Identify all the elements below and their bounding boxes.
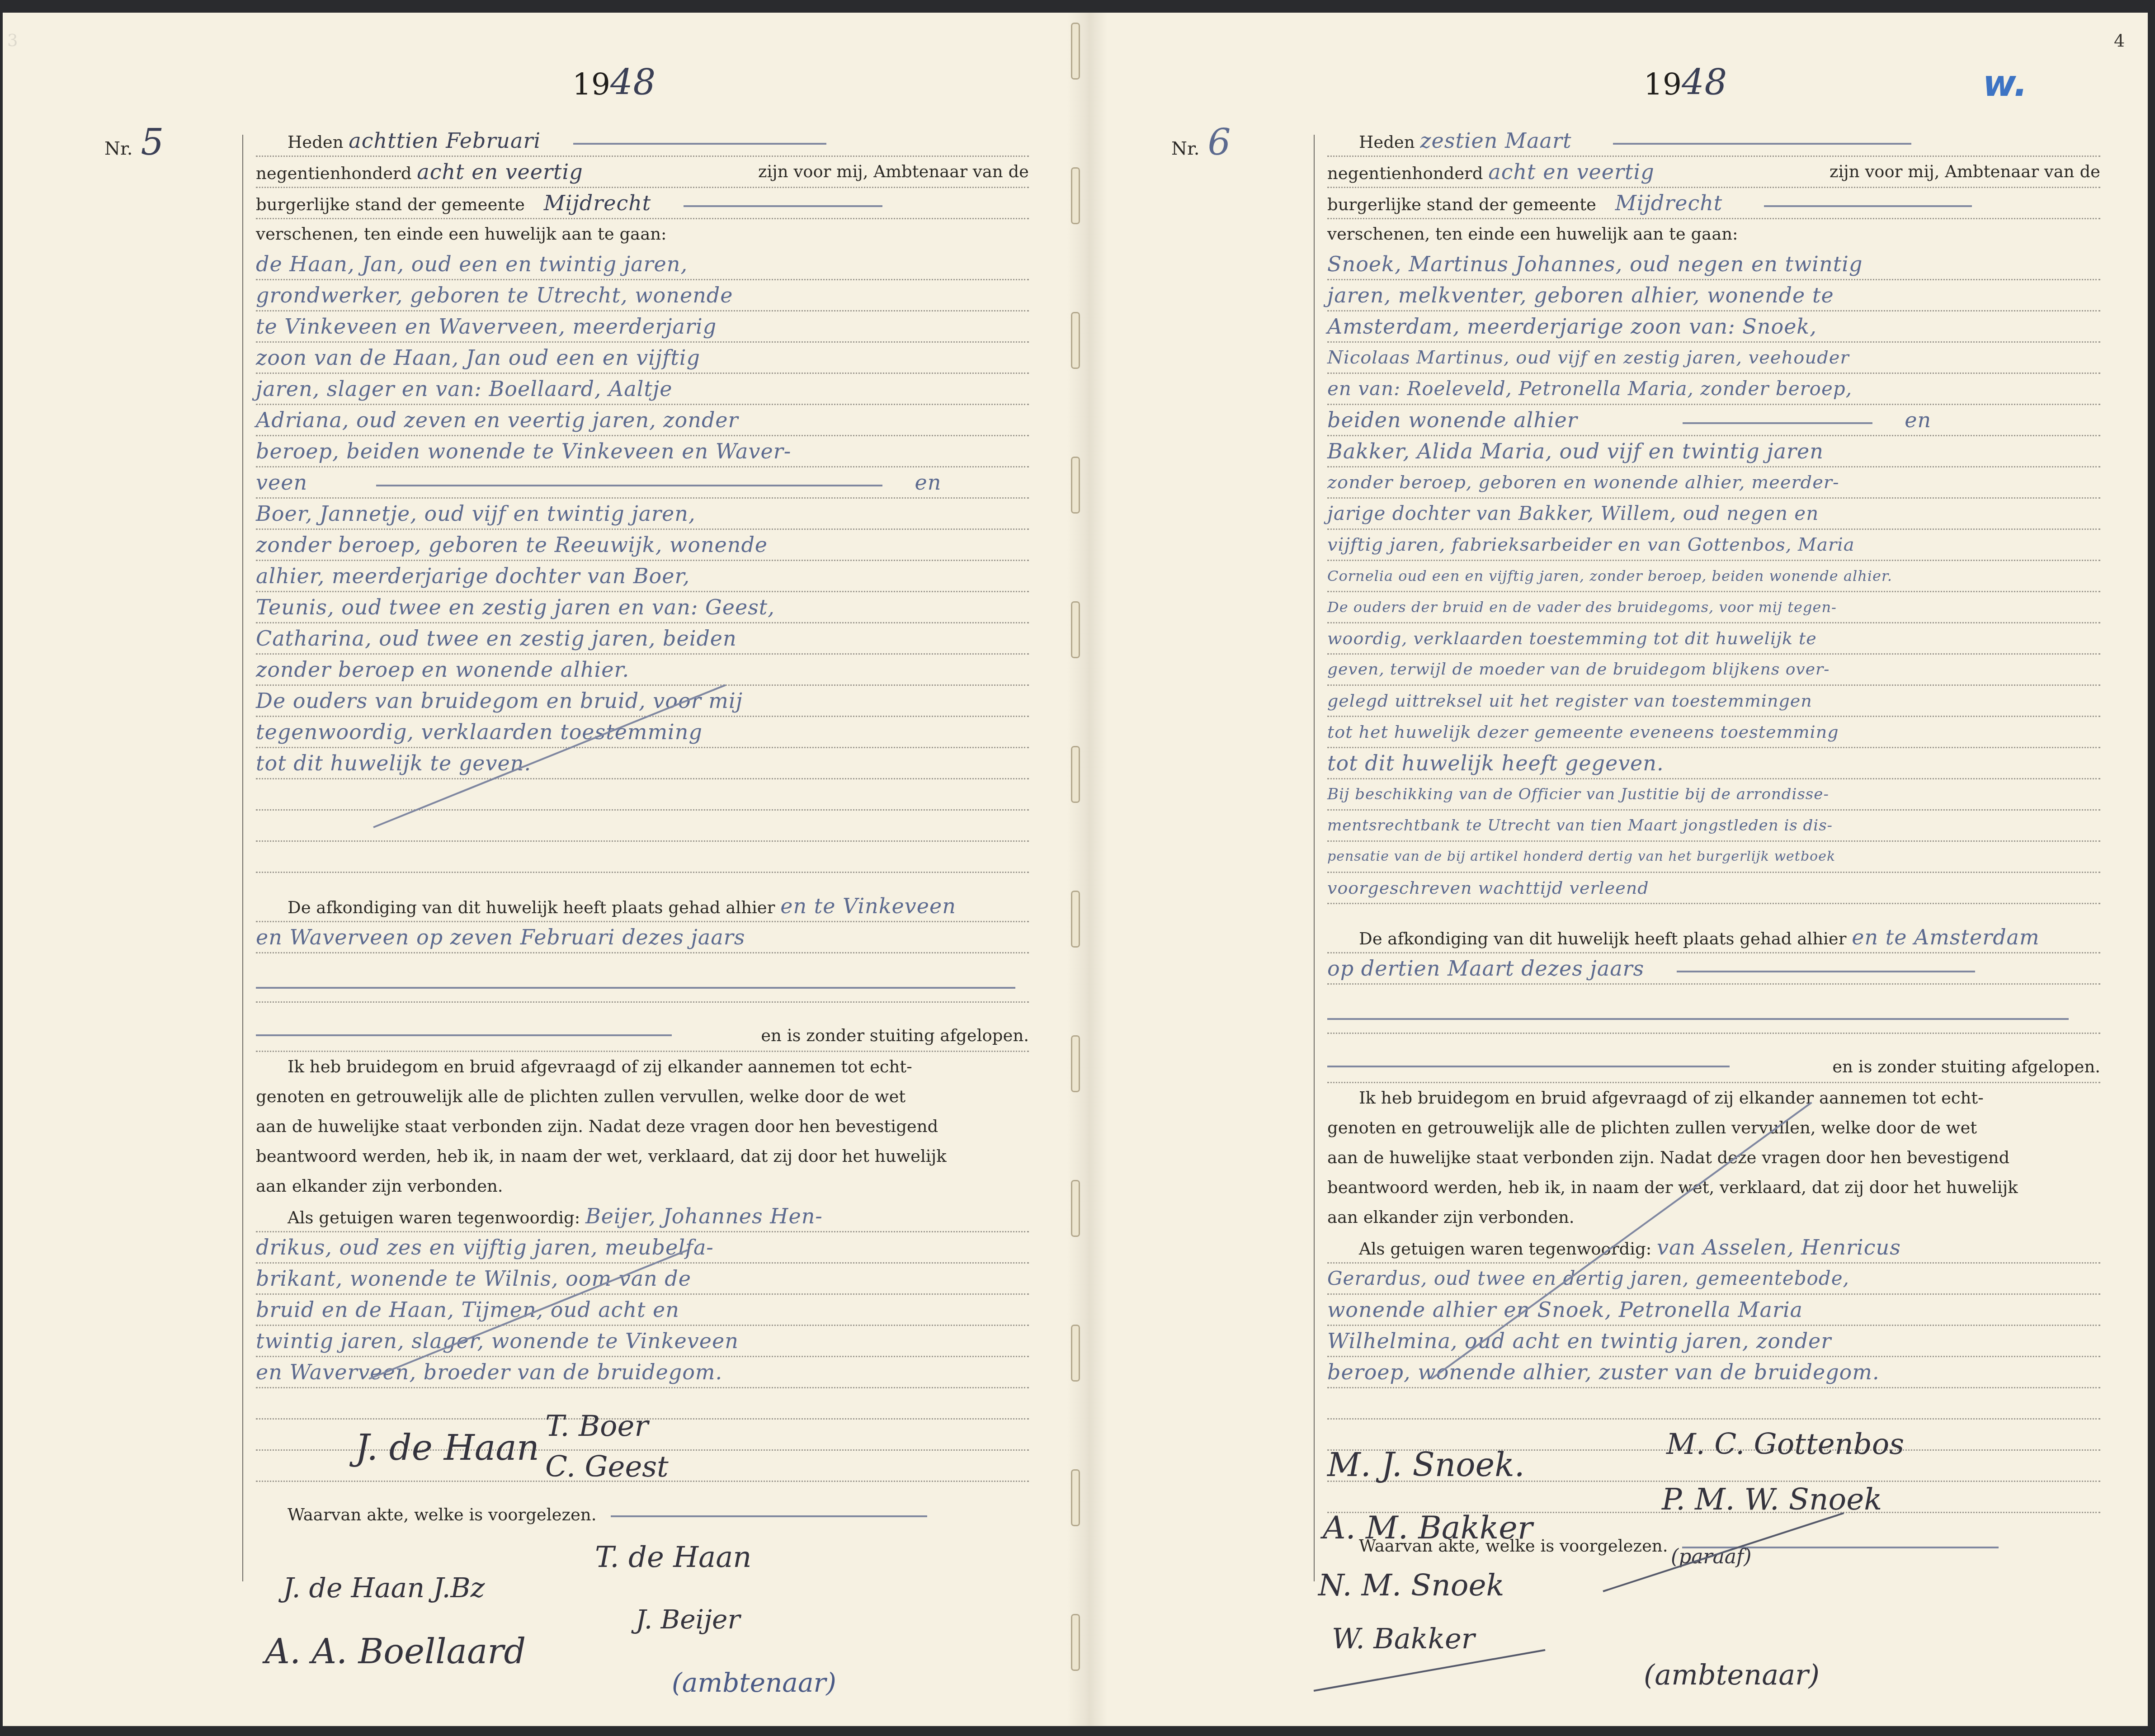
fill-dash <box>376 485 882 486</box>
year-words: acht en veertig <box>1488 160 1654 184</box>
body-line: en van: Roeleveld, Petronella Maria, zon… <box>1327 374 2100 405</box>
signature: W. Bakker <box>1332 1622 1475 1655</box>
vraag-line: genoten en getrouwelijk alle de plichten… <box>1327 1113 2100 1143</box>
body-line: jaren, slager en van: Boellaard, Aaltje <box>256 374 1029 405</box>
binding-stitch <box>1071 746 1080 803</box>
body-line: te Vinkeveen en Waverveen, meerderjarig <box>256 311 1029 343</box>
year-suffix-handwritten: 48 <box>610 62 656 103</box>
year-words: acht en veertig <box>417 160 583 184</box>
blank-line <box>256 811 1029 842</box>
signature: J. de Haan <box>355 1428 539 1468</box>
margin-rule <box>1314 135 1315 1581</box>
body-line: grondwerker, geboren te Utrecht, wonende <box>256 280 1029 311</box>
binding-stitch <box>1071 1614 1080 1671</box>
gemeente-value: Mijdrecht <box>544 191 651 215</box>
year-suffix-handwritten: 48 <box>1682 62 1727 103</box>
signature: P. M. W. Snoek <box>1662 1482 1882 1517</box>
signature-official: (ambtenaar) <box>1644 1658 1820 1691</box>
page-right-act-6: 4 w. 1948 Nr.6 Heden zestien Maart negen… <box>1088 13 2155 1726</box>
body-line: geven, terwijl de moeder van de bruidego… <box>1327 655 2100 686</box>
body-line: mentsrechtbank te Utrecht van tien Maart… <box>1327 811 2100 842</box>
year-heading: 1948 <box>572 62 656 103</box>
body-line: Boer, Jannetje, oud vijf en twintig jare… <box>256 499 1029 530</box>
act-body: Heden zestien Maart negentienhonderd ach… <box>1327 126 2100 1561</box>
body-line: jarige dochter van Bakker, Willem, oud n… <box>1327 499 2100 530</box>
getuigen-line: Als getuigen waren tegenwoordig: Beijer,… <box>256 1201 1029 1232</box>
body-line: Snoek, Martinus Johannes, oud negen en t… <box>1327 249 2100 280</box>
afkondiging-line: De afkondiging van dit huwelijk heeft pl… <box>256 891 1029 922</box>
body-line: voorgeschreven wachttijd verleend <box>1327 873 2100 904</box>
fill-dash <box>573 143 826 145</box>
act-number-value: 5 <box>141 121 164 163</box>
body-line: gelegd uittreksel uit het register van t… <box>1327 686 2100 717</box>
signature: J. Beijer <box>636 1604 740 1635</box>
vraag-line: aan elkander zijn verbonden. <box>1327 1203 2100 1232</box>
signature-flourish <box>1314 1649 1546 1692</box>
body-line: De ouders van bruidegom en bruid, voor m… <box>256 686 1029 717</box>
vraag-line: Ik heb bruidegom en bruid afgevraagd of … <box>256 1052 1029 1082</box>
vraag-line: aan de huwelijke staat verbonden zijn. N… <box>256 1112 1029 1142</box>
year-line: negentienhonderd acht en veertig zijn vo… <box>256 157 1029 188</box>
getuigen-line: en Waverveen, broeder van de bruidegom. <box>256 1357 1029 1388</box>
fill-dash <box>1683 422 1872 424</box>
date-line: Heden achttien Februari <box>256 126 1029 157</box>
page-number-ghost: 3 <box>7 31 18 50</box>
act-number: Nr.6 <box>1171 121 1231 163</box>
body-line: Bij beschikking van de Officier van Just… <box>1327 779 2100 811</box>
body-line: de Haan, Jan, oud een en twintig jaren, <box>256 249 1029 280</box>
getuigen-line: bruid en de Haan, Tijmen, oud acht en <box>256 1295 1029 1326</box>
body-line: De ouders der bruid en de vader des brui… <box>1327 592 2100 623</box>
gemeente-value: Mijdrecht <box>1615 191 1723 215</box>
blank-dash-line <box>1327 1003 2100 1034</box>
body-line-en: beiden wonende alhier en <box>1327 405 2100 436</box>
signature-official: (ambtenaar) <box>672 1667 836 1698</box>
waarvan-line: Waarvan akte, welke is voorgelezen. <box>256 1500 1029 1530</box>
body-line: zoon van de Haan, Jan oud een en vijftig <box>256 343 1029 374</box>
body-line: beroep, beiden wonende te Vinkeveen en W… <box>256 436 1029 467</box>
act-number: Nr.5 <box>104 121 164 163</box>
blank-line <box>256 779 1029 811</box>
blank-line <box>1327 1388 2100 1420</box>
body-line: alhier, meerderjarige dochter van Boer, <box>256 561 1029 592</box>
vraag-line: aan de huwelijke staat verbonden zijn. N… <box>1327 1143 2100 1173</box>
body-line: vijftig jaren, fabrieksarbeider en van G… <box>1327 530 2100 561</box>
vraag-line: beantwoord werden, heb ik, in naam der w… <box>1327 1173 2100 1203</box>
page-number: 4 <box>2114 31 2125 51</box>
body-line: woordig, verklaarden toestemming tot dit… <box>1327 623 2100 655</box>
binding-stitch <box>1071 891 1080 948</box>
signature: A. M. Bakker <box>1323 1509 1533 1546</box>
date-value: zestien Maart <box>1420 128 1571 153</box>
binding-stitch <box>1071 1325 1080 1382</box>
blank-line <box>256 842 1029 873</box>
stuiting-line: en is zonder stuiting afgelopen. <box>1327 1052 2100 1083</box>
body-line: zonder beroep, geboren en wonende alhier… <box>1327 467 2100 499</box>
body-line: tot dit huwelijk heeft gegeven. <box>1327 748 2100 779</box>
body-line: Nicolaas Martinus, oud vijf en zestig ja… <box>1327 343 2100 374</box>
year-line: negentienhonderd acht en veertig zijn vo… <box>1327 157 2100 188</box>
signature: M. J. Snoek. <box>1327 1446 1525 1484</box>
body-line-en: veen en <box>256 467 1029 499</box>
afkondiging-continuation: en Waverveen op zeven Februari dezes jaa… <box>256 922 1029 953</box>
annotation-mark: w. <box>1983 62 2028 104</box>
blank-dash-line <box>256 972 1029 1003</box>
getuigen-line: Wilhelmina, oud acht en twintig jaren, z… <box>1327 1326 2100 1357</box>
binding-stitch <box>1071 1469 1080 1526</box>
body-line: Adriana, oud zeven en veertig jaren, zon… <box>256 405 1029 436</box>
body-line: jaren, melkventer, geboren alhier, wonen… <box>1327 280 2100 311</box>
body-line: tot dit huwelijk te geven. <box>256 748 1029 779</box>
getuigen-line: twintig jaren, slager, wonende te Vinkev… <box>256 1326 1029 1357</box>
binding-stitch <box>1071 601 1080 658</box>
getuigen-line: Als getuigen waren tegenwoordig: van Ass… <box>1327 1232 2100 1264</box>
signature: T. Boer <box>545 1410 648 1443</box>
binding-stitch <box>1071 167 1080 224</box>
body-line: zonder beroep, geboren te Reeuwijk, wone… <box>256 530 1029 561</box>
signature: T. de Haan <box>595 1541 752 1574</box>
gemeente-line: burgerlijke stand der gemeente Mijdrecht <box>256 188 1029 219</box>
margin-rule <box>242 135 243 1581</box>
signature: N. M. Snoek <box>1318 1568 1504 1603</box>
signature: M. C. Gottenbos <box>1666 1428 1904 1461</box>
vraag-line: aan elkander zijn verbonden. <box>256 1171 1029 1201</box>
vraag-line: Ik heb bruidegom en bruid afgevraagd of … <box>1327 1083 2100 1113</box>
act-number-value: 6 <box>1207 121 1231 163</box>
getuigen-line: Gerardus, oud twee en dertig jaren, geme… <box>1327 1264 2100 1295</box>
body-line: Cornelia oud een en vijftig jaren, zonde… <box>1327 561 2100 592</box>
fill-dash <box>1613 143 1911 145</box>
verschenen-line: verschenen, ten einde een huwelijk aan t… <box>256 219 1029 249</box>
body-line: tegenwoordig, verklaarden toestemming <box>256 717 1029 748</box>
gemeente-line: burgerlijke stand der gemeente Mijdrecht <box>1327 188 2100 219</box>
binding-stitch <box>1071 1180 1080 1237</box>
binding-stitch <box>1071 23 1080 80</box>
stuiting-line: en is zonder stuiting afgelopen. <box>256 1021 1029 1052</box>
page-left-act-5: 3 1948 Nr.5 Heden achttien Februari nege… <box>3 13 1070 1726</box>
body-line: zonder beroep en wonende alhier. <box>256 655 1029 686</box>
date-value: achttien Februari <box>349 128 541 153</box>
getuigen-line: drikus, oud zes en vijftig jaren, meubel… <box>256 1232 1029 1264</box>
body-line: Bakker, Alida Maria, oud vijf en twintig… <box>1327 436 2100 467</box>
binding-stitch <box>1071 457 1080 514</box>
vraag-line: beantwoord werden, heb ik, in naam der w… <box>256 1142 1029 1171</box>
getuigen-line: beroep, wonende alhier, zuster van de br… <box>1327 1357 2100 1388</box>
act-body: Heden achttien Februari negentienhonderd… <box>256 126 1029 1530</box>
body-line: Catharina, oud twee en zestig jaren, bei… <box>256 623 1029 655</box>
verschenen-line: verschenen, ten einde een huwelijk aan t… <box>1327 219 2100 249</box>
body-line: Teunis, oud twee en zestig jaren en van:… <box>256 592 1029 623</box>
signature: A. A. Boellaard <box>265 1631 526 1671</box>
fill-dash <box>684 205 882 207</box>
date-line: Heden zestien Maart <box>1327 126 2100 157</box>
body-line: pensatie van de bij artikel honderd dert… <box>1327 842 2100 873</box>
body-line: tot het huwelijk dezer gemeente eveneens… <box>1327 717 2100 748</box>
afkondiging-continuation: op dertien Maart dezes jaars <box>1327 953 2100 985</box>
afkondiging-line: De afkondiging van dit huwelijk heeft pl… <box>1327 922 2100 953</box>
body-line: Amsterdam, meerderjarige zoon van: Snoek… <box>1327 311 2100 343</box>
binding-stitch <box>1071 312 1080 369</box>
signature: J. de Haan J.Bz <box>283 1572 485 1604</box>
binding-stitch <box>1071 1035 1080 1092</box>
signature: C. Geest <box>545 1450 669 1484</box>
fill-dash <box>1764 205 1972 207</box>
year-heading: 1948 <box>1644 62 1727 103</box>
vraag-line: genoten en getrouwelijk alle de plichten… <box>256 1082 1029 1112</box>
getuigen-line: wonende alhier en Snoek, Petronella Mari… <box>1327 1295 2100 1326</box>
